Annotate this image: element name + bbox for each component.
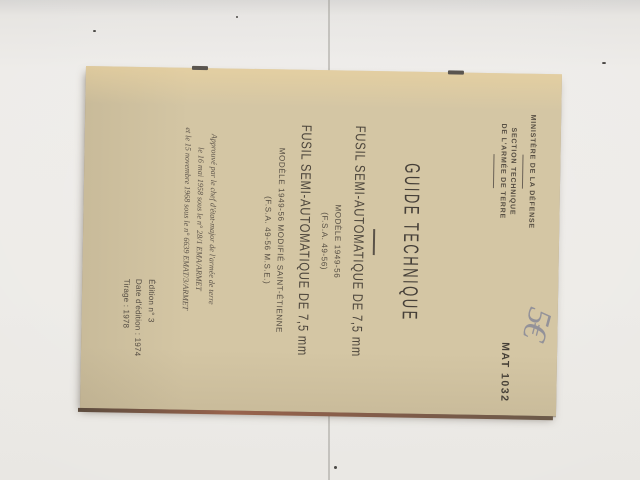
edition-line: Date d'édition : 1974 (131, 279, 145, 357)
photo-background: MINISTÈRE DE LA DÉFENSE SECTION TECHNIQU… (0, 0, 640, 480)
mat-reference: MAT 1032 (498, 337, 511, 407)
document-cover: MINISTÈRE DE LA DÉFENSE SECTION TECHNIQU… (80, 66, 562, 416)
weapon-model: MODÈLE 1949-56 (330, 70, 345, 412)
dust-speck (93, 30, 96, 32)
edition-line: Édition n° 3 (143, 279, 157, 357)
weapon-name: FUSIL SEMI-AUTOMATIQUE DE 7,5 mm (292, 70, 316, 412)
staple (448, 70, 464, 74)
handwritten-price: 5€ (514, 303, 558, 342)
ministry-line: MINISTÈRE DE LA DÉFENSE (525, 108, 537, 236)
dust-speck (334, 466, 337, 469)
weapon-designation: (F.S.A. 49-56) (317, 70, 332, 412)
staple (192, 66, 208, 70)
rule (522, 155, 524, 189)
edition-block: Édition n° 3 Date d'édition : 1974 Tirag… (118, 279, 157, 357)
dust-speck (236, 16, 238, 18)
title-divider (373, 229, 375, 255)
page-title: GUIDE TECHNIQUE (395, 71, 425, 413)
rule (493, 154, 495, 188)
weapon-block-2: FUSIL SEMI-AUTOMATIQUE DE 7,5 mm MODÈLE … (260, 69, 316, 412)
dust-speck (602, 62, 606, 64)
weapon-name: FUSIL SEMI-AUTOMATIQUE DE 7,5 mm (346, 71, 370, 413)
ministry-block: MINISTÈRE DE LA DÉFENSE SECTION TECHNIQU… (487, 107, 538, 236)
approval-block: Approuvé par le chef d'état-major de l'a… (178, 84, 222, 355)
weapon-block-1: FUSIL SEMI-AUTOMATIQUE DE 7,5 mm MODÈLE … (317, 70, 370, 413)
weapon-model: MODÈLE 1949-56 MODIFIÉ SAINT-ÉTIENNE (273, 69, 288, 411)
weapon-designation: (F.S.A. 49-56 M.S.E.) (260, 69, 275, 411)
